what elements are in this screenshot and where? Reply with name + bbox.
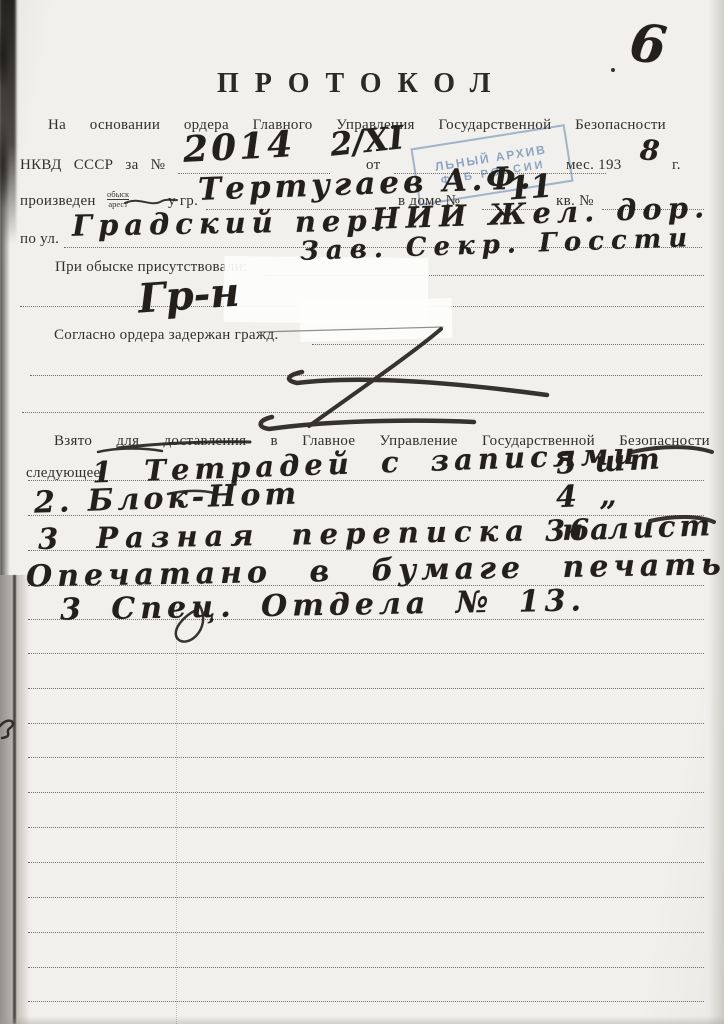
ruled-line <box>30 375 702 376</box>
ruled-line <box>28 688 704 689</box>
ruled-line <box>28 1001 704 1002</box>
ruled-line <box>28 932 704 933</box>
cancel-stroke-bottom <box>261 417 474 429</box>
search-word: обыск <box>107 190 129 199</box>
ruled-line <box>28 862 704 863</box>
scan-shadow-bottom <box>0 1016 724 1024</box>
handwritten-year-digit: 8 <box>639 133 661 167</box>
vertical-crease <box>176 606 177 1024</box>
handwritten-page-number: 6 <box>626 12 669 77</box>
dotted-line <box>312 344 704 345</box>
correction-patch <box>300 298 453 342</box>
ruled-line <box>28 653 704 654</box>
handwritten-item-1-qty: 5 шт <box>555 441 664 481</box>
ruled-line <box>28 967 704 968</box>
search-arrest-choice: обыск арест <box>107 190 129 209</box>
document-page: ПРОТОКОЛ 6 ЛЬНЫЙ АРХИВ ФСБ РОССИИ На осн… <box>0 0 724 1024</box>
handwritten-item-2-text: 2. Блок-Нот <box>33 476 300 520</box>
form-year-suffix: г. <box>672 156 681 175</box>
form-street-label: по ул. <box>20 230 59 249</box>
handwritten-item-3-qty: 36 лист <box>544 508 714 548</box>
handwritten-order-number: 2014 <box>182 123 296 171</box>
ruled-line <box>22 412 704 413</box>
handwritten-witness: Гр-н <box>136 269 240 323</box>
ruled-line <box>28 897 704 898</box>
page-edge-line <box>13 575 16 1024</box>
ruled-line <box>28 723 704 724</box>
form-month-label: мес. 193 <box>566 156 622 175</box>
form-org-prefix: НКВД СССР за № <box>20 156 165 175</box>
ruled-line <box>28 827 704 828</box>
handwritten-item-2-qty: 4 „ <box>555 478 623 515</box>
form-detained-label: Согласно ордера задержан гражд. <box>54 326 279 345</box>
ruled-line <box>28 757 704 758</box>
ink-dot <box>611 68 615 72</box>
handwritten-order-date: 2/XI <box>328 118 405 164</box>
ruled-line <box>28 792 704 793</box>
page-title: ПРОТОКОЛ <box>217 68 477 100</box>
